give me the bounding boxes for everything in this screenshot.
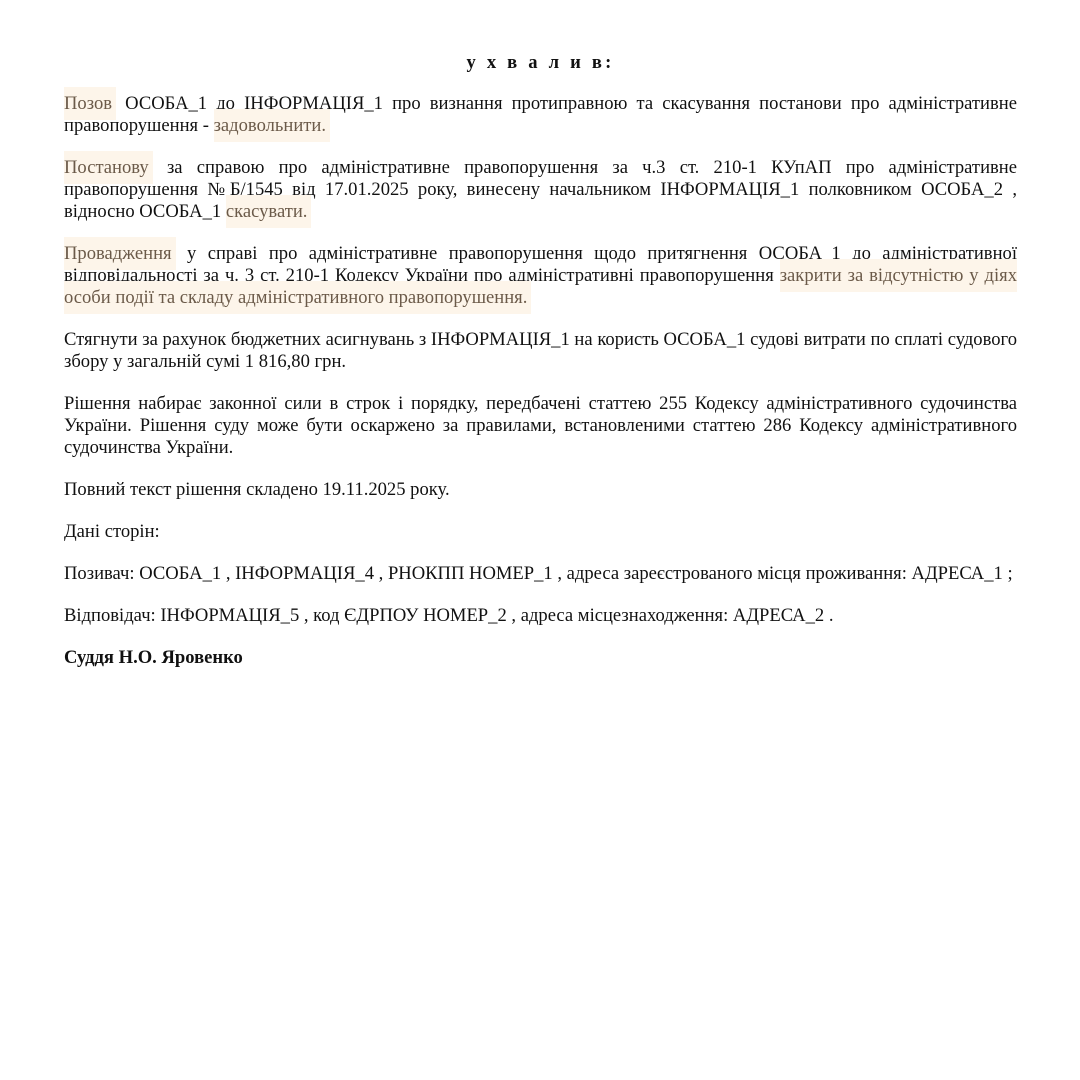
- paragraph-resolution: Постанову за справою про адміністративне…: [64, 157, 1017, 223]
- paragraph-costs: Стягнути за рахунок бюджетних асигнувань…: [64, 329, 1017, 373]
- document-page: у х в а л и в: Позов ОСОБА_1 до ІНФОРМАЦ…: [64, 52, 1017, 669]
- paragraph-full-text-date: Повний текст рішення складено 19.11.2025…: [64, 479, 1017, 501]
- paragraph-defendant: Відповідач: ІНФОРМАЦІЯ_5 , код ЄДРПОУ НО…: [64, 605, 1017, 627]
- highlight-proceedings: Провадження: [64, 243, 176, 264]
- highlight-resolution: Постанову: [64, 157, 153, 178]
- decision-heading: у х в а л и в:: [64, 52, 1017, 74]
- judge-signature: Суддя Н.О. Яровенко: [64, 647, 1017, 669]
- paragraph-effect: Рішення набирає законної сили в строк і …: [64, 393, 1017, 459]
- paragraph-proceedings: Провадження у справі про адміністративне…: [64, 243, 1017, 309]
- paragraph-claim-text: ОСОБА_1 до ІНФОРМАЦІЯ_1 про визнання про…: [64, 93, 1017, 136]
- paragraph-claim: Позов ОСОБА_1 до ІНФОРМАЦІЯ_1 про визнан…: [64, 93, 1017, 137]
- paragraph-plaintiff: Позивач: ОСОБА_1 , ІНФОРМАЦІЯ_4 , РНОКПП…: [64, 563, 1017, 585]
- paragraph-resolution-text: за справою про адміністративне правопору…: [64, 157, 1017, 222]
- highlight-claim: Позов: [64, 93, 116, 114]
- highlight-cancel: скасувати.: [226, 201, 312, 222]
- paragraph-parties-title: Дані сторін:: [64, 521, 1017, 543]
- highlight-satisfy: задовольнити.: [214, 115, 330, 136]
